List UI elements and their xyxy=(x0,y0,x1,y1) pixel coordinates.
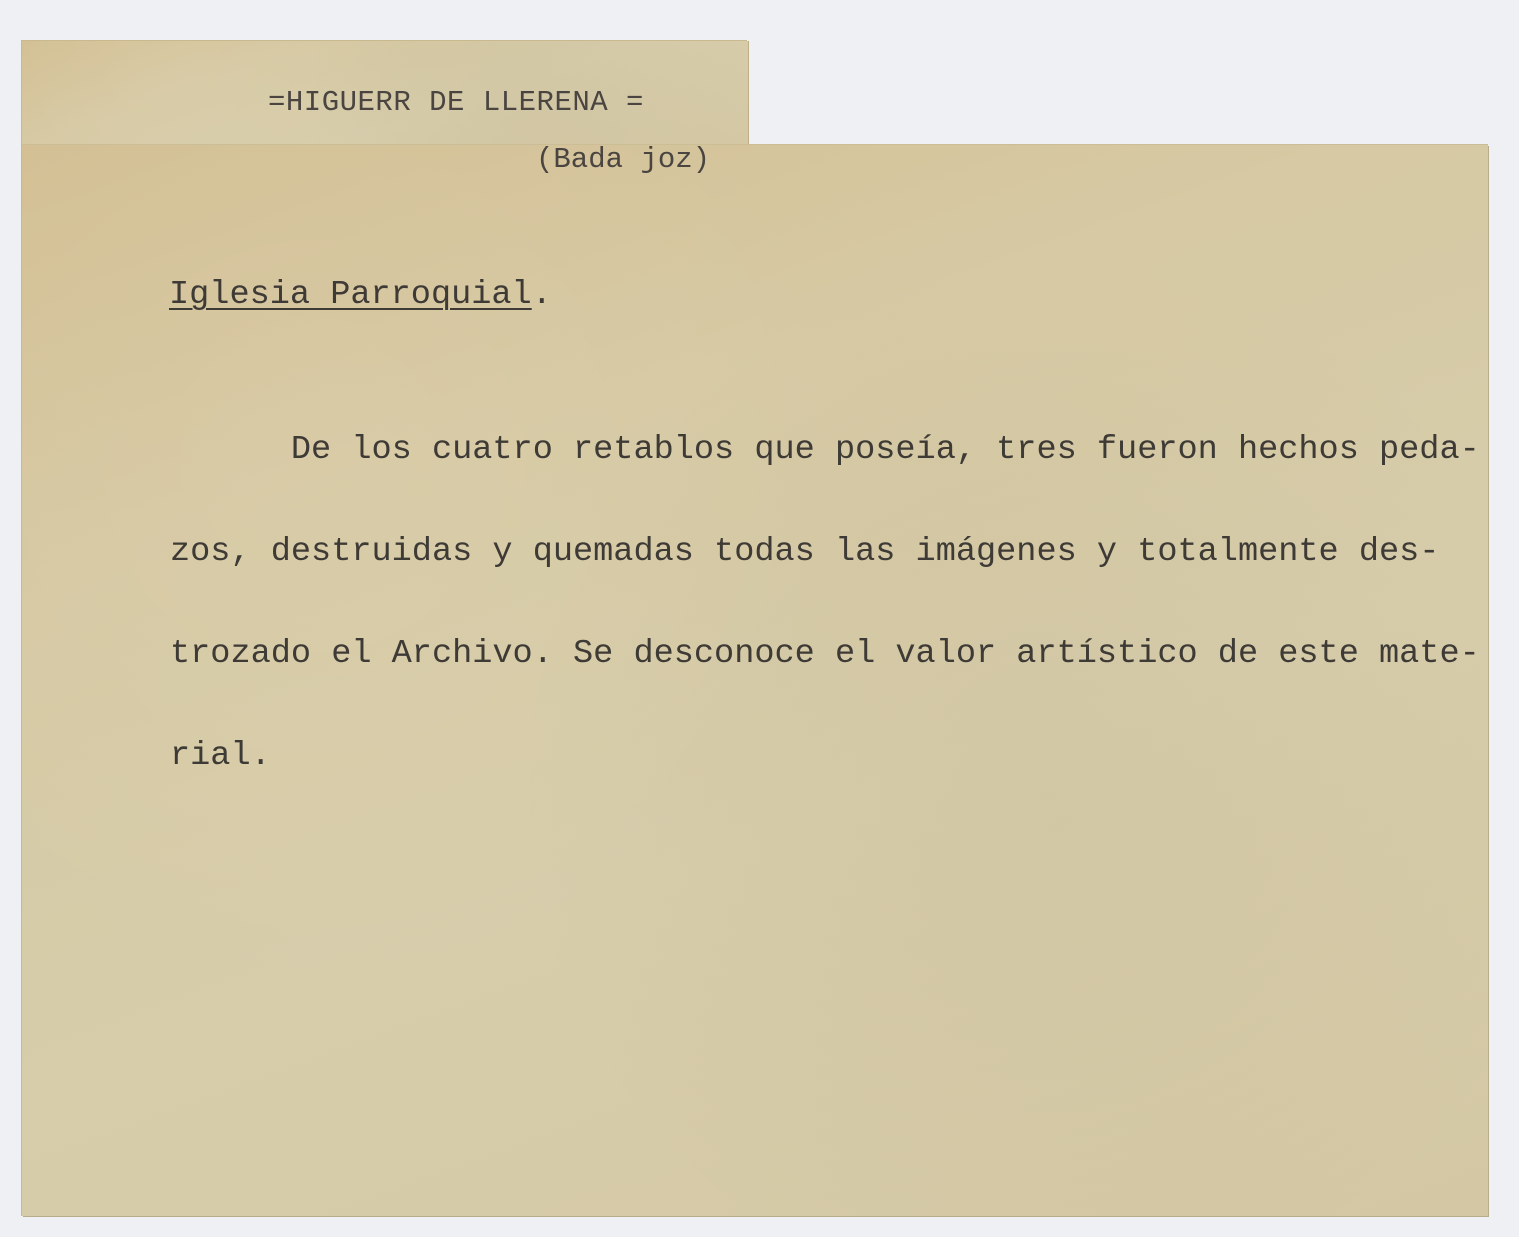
body-line: De los cuatro retablos que poseía, tres … xyxy=(170,433,1480,467)
section-title: Iglesia Parroquial. xyxy=(169,278,552,312)
province-heading: (Bada joz) xyxy=(536,143,710,177)
body-paragraph: De los cuatro retablos que poseía, tres … xyxy=(170,365,1480,841)
body-line: rial. xyxy=(170,739,1480,773)
section-title-period: . xyxy=(532,278,552,312)
town-heading: =HIGUERR DE LLERENA = xyxy=(268,86,644,120)
body-line: trozado el Archivo. Se desconoce el valo… xyxy=(170,637,1480,671)
index-card: =HIGUERR DE LLERENA = (Bada joz) Iglesia… xyxy=(0,0,1519,1237)
section-title-text: Iglesia Parroquial xyxy=(169,276,532,314)
body-line: zos, destruidas y quemadas todas las imá… xyxy=(170,535,1480,569)
